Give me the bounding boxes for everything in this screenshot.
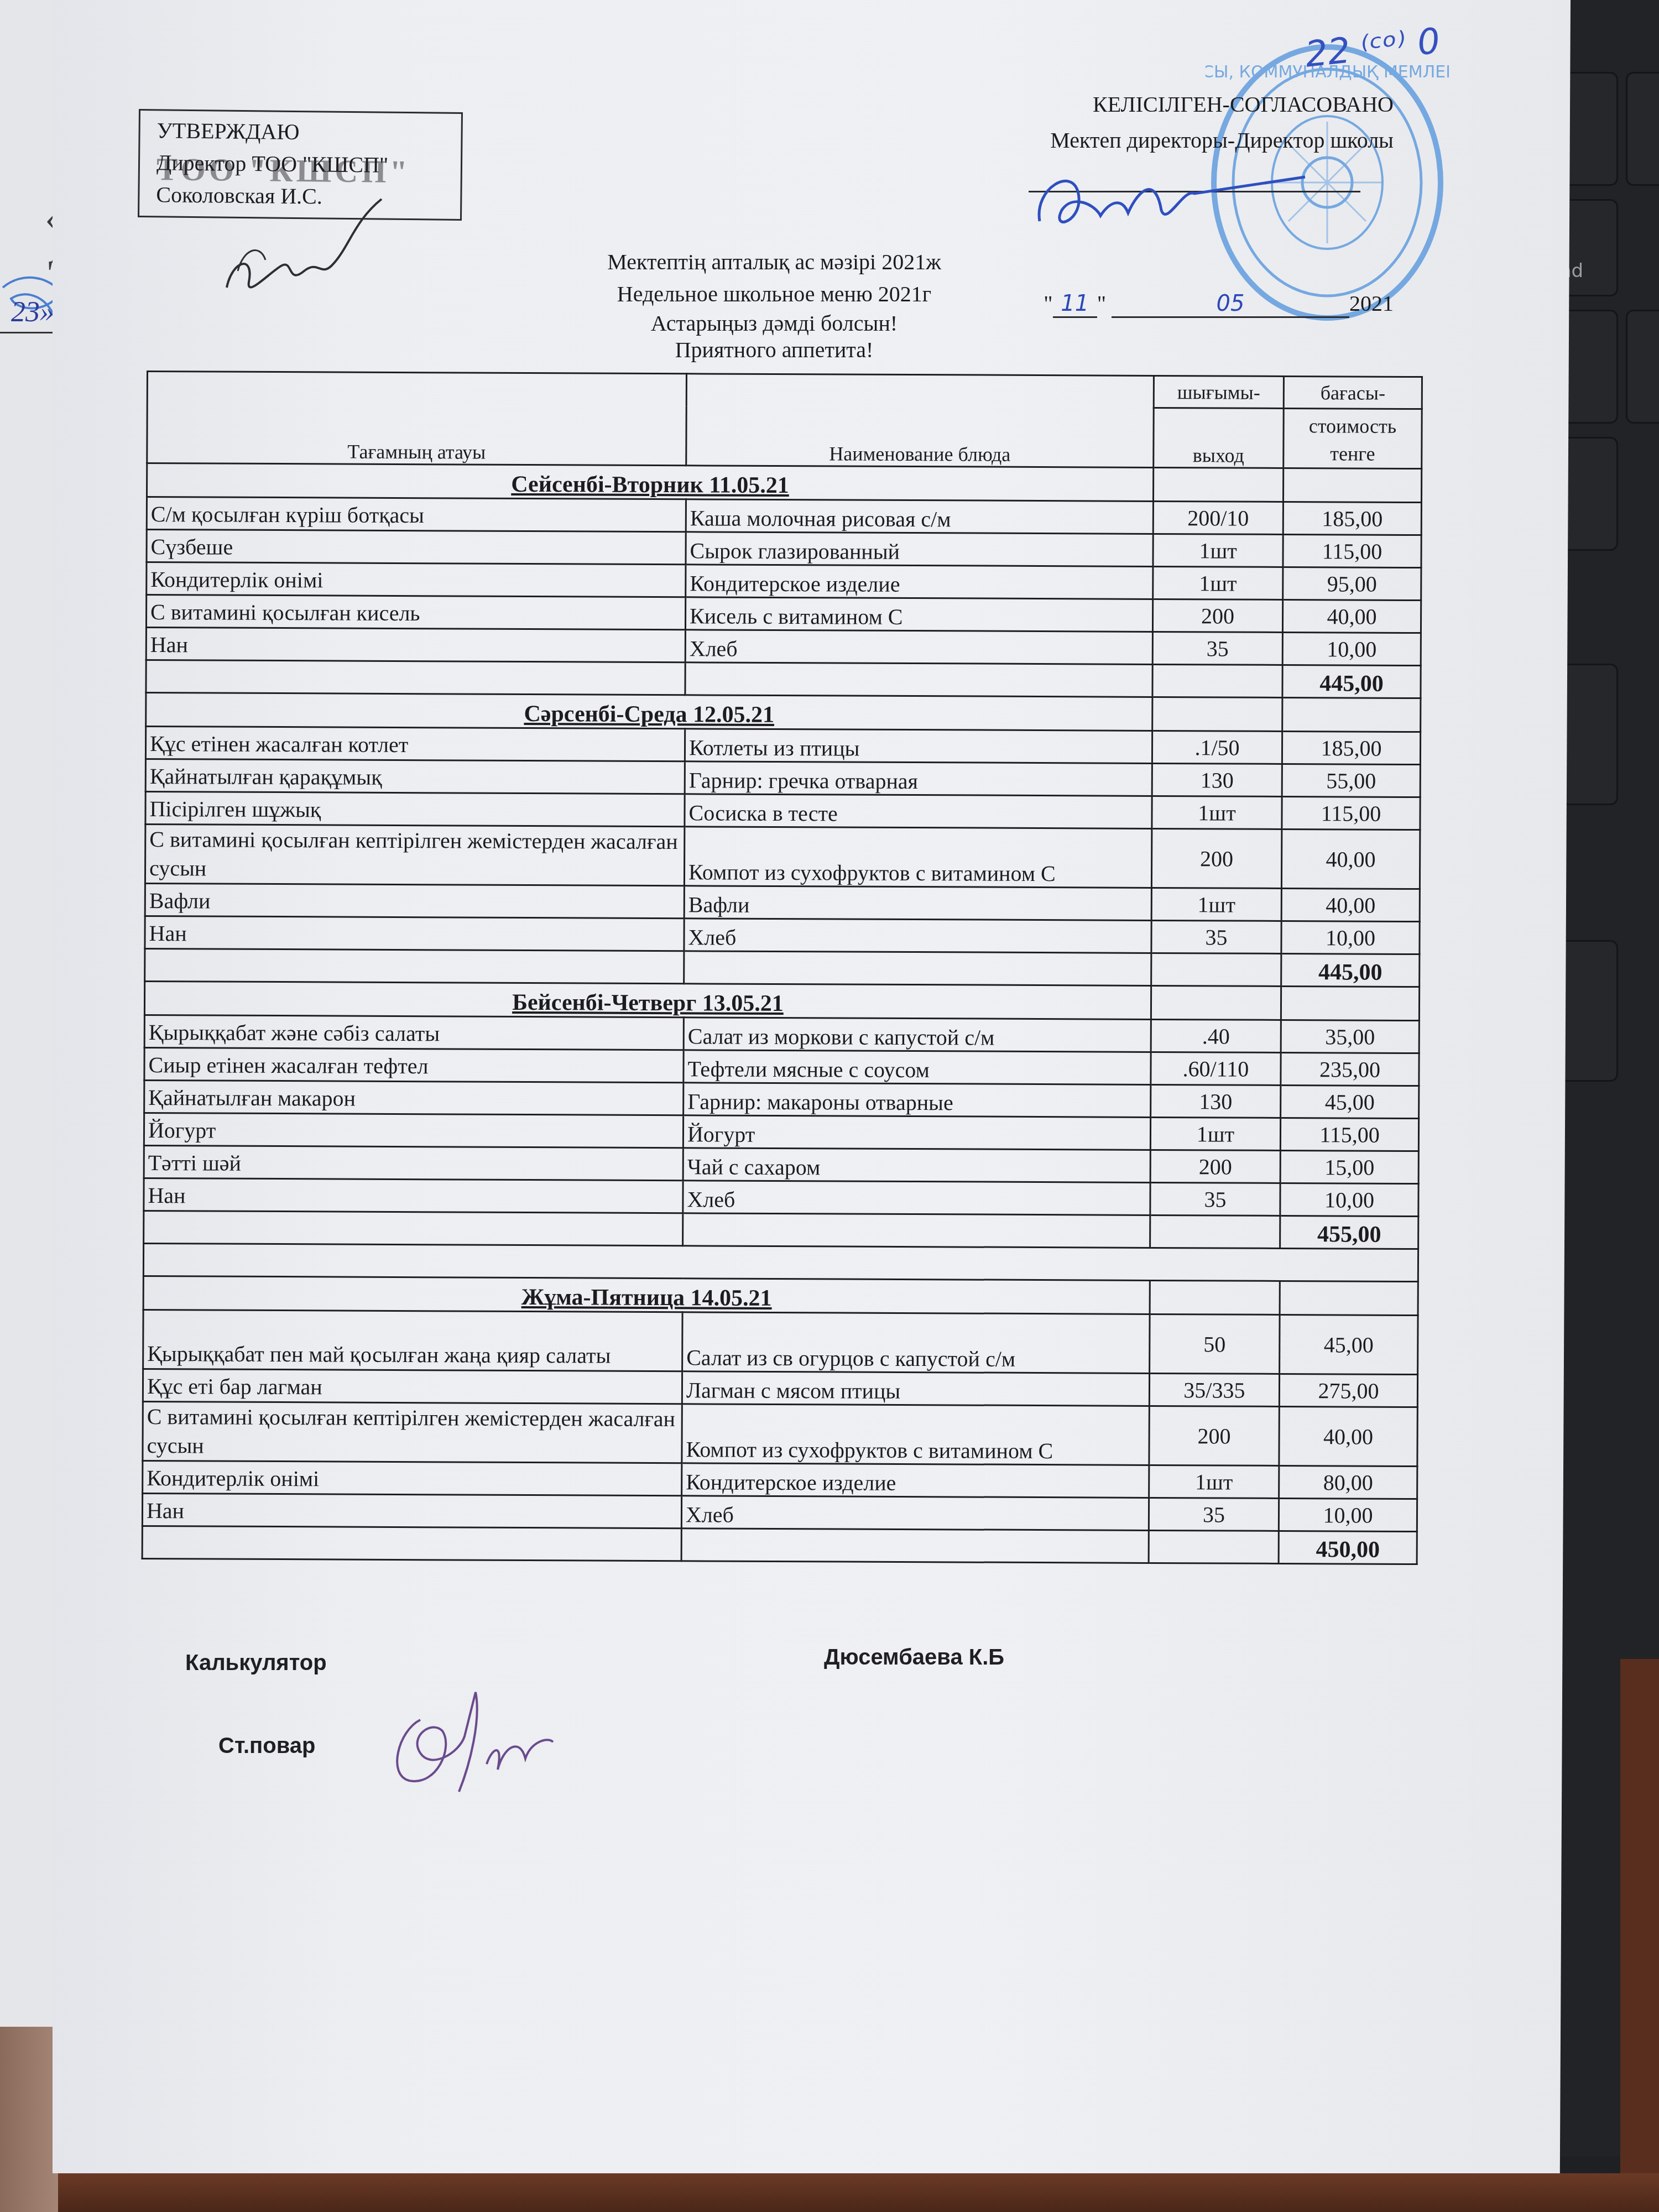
- keyboard-key: [1626, 72, 1659, 186]
- dish-name-kz: Вафли: [145, 883, 684, 918]
- approval-position: Директор ТОО "КШСП": [156, 149, 389, 178]
- dish-name-kz: Нан: [146, 628, 685, 662]
- dish-price: 40,00: [1282, 599, 1421, 633]
- empty-cell: [1280, 1281, 1418, 1315]
- dish-price: 185,00: [1283, 502, 1421, 535]
- underlying-sheet-text: 23»: [11, 296, 54, 328]
- table-row: Сиыр етінен жасалған тефтелТефтели мясны…: [144, 1047, 1419, 1086]
- menu-table: Тағамның атауы Наименование блюда шығымы…: [142, 371, 1423, 1565]
- dish-output: 1шт: [1151, 888, 1281, 921]
- header-output-kz: шығымы-: [1154, 375, 1284, 408]
- approval-title: УТВЕРЖДАЮ: [156, 117, 299, 145]
- dish-price: 10,00: [1282, 632, 1421, 665]
- day-header-row: Жұма-Пятница 14.05.21: [143, 1276, 1418, 1315]
- dish-name-ru: Гарнир: гречка отварная: [685, 761, 1152, 796]
- dish-output: 50: [1150, 1314, 1280, 1374]
- table-row: С витамині қосылған кептірілген жемістер…: [145, 824, 1420, 889]
- table-row: СүзбешеСырок глазированный1шт115,00: [147, 530, 1421, 568]
- dish-name-ru: Компот из сухофруктов с витамином С: [684, 827, 1151, 888]
- dish-name-kz: Қырыққабат пен май қосылған жаңа қияр са…: [143, 1310, 682, 1371]
- header-ru-name: Наименование блюда: [686, 374, 1154, 468]
- empty-cell: [683, 1213, 1150, 1248]
- director-signature: [1029, 155, 1316, 243]
- day-total-row: 445,00: [145, 948, 1420, 987]
- header-output-ru: выход: [1154, 408, 1284, 468]
- dish-name-ru: Хлеб: [684, 919, 1151, 953]
- table-row: Тәтті шәйЧай с сахаром20015,00: [144, 1145, 1418, 1183]
- dish-output: 1шт: [1153, 534, 1283, 567]
- dish-name-kz: Нан: [145, 916, 684, 951]
- table-row: Қырыққабат пен май қосылған жаңа қияр са…: [143, 1310, 1418, 1374]
- day-header-row: Сейсенбі-Вторник 11.05.21: [147, 463, 1422, 503]
- dish-name-kz: Қайнатылған қарақұмық: [145, 759, 685, 794]
- table-row: Құс еті бар лагманЛагман с мясом птицы35…: [143, 1369, 1417, 1407]
- table-row: Қайнатылған макаронГарнир: макароны отва…: [144, 1080, 1419, 1118]
- day-total: 445,00: [1281, 953, 1420, 987]
- dish-name-kz: Қырыққабат және сәбіз салаты: [144, 1015, 684, 1050]
- dish-name-kz: Құс етінен жасалған котлет: [145, 727, 685, 761]
- dish-price: 115,00: [1283, 534, 1421, 567]
- dish-price: 45,00: [1281, 1085, 1419, 1118]
- day-title: Бейсенбі-Четверг 13.05.21: [144, 981, 1151, 1019]
- chef-label: Ст.повар: [218, 1734, 315, 1759]
- date-year: 2021: [1349, 291, 1394, 316]
- day-total: 445,00: [1282, 665, 1421, 698]
- greeting-kz: Астарыңыз дәмді болсын!: [498, 310, 1051, 337]
- title-ru: Недельное школьное меню 2021г: [498, 278, 1051, 310]
- dish-name-kz: С витамині қосылған кисель: [146, 595, 685, 630]
- empty-cell: [1151, 985, 1281, 1020]
- dish-output: .60/110: [1151, 1052, 1281, 1085]
- dish-name-ru: Кондитерское изделие: [686, 565, 1153, 599]
- agreement-role: Мектеп директоры-Директор школы: [995, 127, 1394, 153]
- dish-output: 35: [1151, 920, 1281, 953]
- dish-name-ru: Вафли: [684, 886, 1151, 921]
- dish-output: 200/10: [1153, 501, 1283, 534]
- dish-price: 45,00: [1280, 1314, 1418, 1374]
- dish-name-ru: Салат из св огурцов с капустой с/м: [682, 1312, 1150, 1374]
- dish-name-ru: Йогурт: [683, 1115, 1150, 1150]
- dish-output: 1шт: [1149, 1465, 1279, 1498]
- spacer-row: [143, 1243, 1418, 1281]
- dish-name-kz: С/м қосылған күріш ботқасы: [147, 497, 686, 532]
- dish-name-kz: Сиыр етінен жасалған тефтел: [144, 1047, 684, 1082]
- day-header-row: Бейсенбі-Четверг 13.05.21: [144, 981, 1419, 1020]
- empty-cell: [684, 951, 1151, 986]
- chef-signature: [387, 1687, 619, 1797]
- greeting-ru: Приятного аппетита!: [498, 337, 1051, 363]
- dish-output: 35: [1150, 1182, 1280, 1215]
- dish-price: 10,00: [1279, 1498, 1417, 1531]
- dish-price: 235,00: [1281, 1052, 1419, 1086]
- day-total-row: 455,00: [144, 1211, 1418, 1249]
- dish-name-ru: Хлеб: [681, 1496, 1149, 1531]
- day-header-row: Сәрсенбі-Среда 12.05.21: [146, 693, 1421, 732]
- table-row: Кондитерлік оніміКондитерское изделие1шт…: [143, 1460, 1417, 1499]
- dish-name-kz: Құс еті бар лагман: [143, 1369, 682, 1404]
- dish-output: 35/335: [1149, 1373, 1279, 1406]
- dish-output: .1/50: [1152, 731, 1282, 764]
- dish-price: 115,00: [1280, 1118, 1418, 1151]
- header-price-ru: стоимостьтенге: [1284, 408, 1422, 468]
- day-total-row: 445,00: [146, 660, 1421, 698]
- empty-cell: [143, 1243, 1418, 1281]
- dish-output: 200: [1151, 828, 1281, 888]
- dish-name-ru: Каша молочная рисовая с/м: [686, 499, 1153, 534]
- header-price-kz: бағасы-: [1284, 376, 1422, 409]
- dish-name-ru: Котлеты из птицы: [685, 729, 1152, 764]
- dish-name-ru: Хлеб: [685, 630, 1152, 665]
- dish-price: 115,00: [1282, 796, 1420, 830]
- empty-cell: [146, 660, 685, 695]
- dish-name-kz: Нан: [144, 1178, 683, 1213]
- day-total: 455,00: [1280, 1215, 1418, 1249]
- empty-cell: [1152, 697, 1282, 731]
- dish-output: .40: [1151, 1019, 1281, 1052]
- table-row: ВафлиВафли1шт40,00: [145, 883, 1420, 921]
- table-row: Қырыққабат және сәбіз салатыСалат из мор…: [144, 1015, 1419, 1053]
- table-row: Құс етінен жасалған котлетКотлеты из пти…: [145, 727, 1420, 765]
- dish-name-ru: Компот из сухофруктов с витамином С: [682, 1404, 1149, 1465]
- dish-output: 200: [1152, 599, 1282, 632]
- dish-name-kz: Кондитерлік онімі: [147, 562, 686, 597]
- header-kz-name: Тағамның атауы: [147, 372, 687, 466]
- dish-name-ru: Салат из моркови с капустой с/м: [684, 1018, 1151, 1052]
- dish-name-ru: Хлеб: [683, 1181, 1150, 1215]
- dish-output: 130: [1152, 763, 1282, 796]
- dish-name-kz: Кондитерлік онімі: [143, 1460, 682, 1495]
- keyboard-key: [1626, 310, 1659, 424]
- dish-name-kz: Нан: [142, 1493, 681, 1528]
- dish-name-ru: Тефтели мясные с соусом: [684, 1050, 1151, 1085]
- dish-price: 95,00: [1283, 567, 1421, 600]
- dish-name-ru: Гарнир: макароны отварные: [684, 1083, 1151, 1118]
- table-row: Қайнатылған қарақұмықГарнир: гречка отва…: [145, 759, 1420, 797]
- dish-name-kz: Йогурт: [144, 1113, 683, 1147]
- empty-cell: [681, 1528, 1149, 1563]
- dish-name-ru: Кисель с витамином С: [685, 597, 1152, 632]
- dish-output: 130: [1151, 1084, 1281, 1118]
- dish-name-kz: Қайнатылған макарон: [144, 1080, 684, 1115]
- dish-output: 1шт: [1152, 796, 1282, 829]
- empty-cell: [1150, 1215, 1280, 1248]
- dish-price: 10,00: [1280, 1183, 1418, 1216]
- dish-output: 1шт: [1153, 566, 1283, 599]
- agreement-title: КЕЛІСІЛГЕН-СОГЛАСОВАНО: [995, 91, 1394, 117]
- calculator-name: Дюсембаева К.Б: [824, 1645, 1004, 1670]
- calculator-label: Калькулятор: [185, 1651, 327, 1676]
- dish-price: 185,00: [1282, 731, 1420, 764]
- dish-price: 40,00: [1279, 1406, 1417, 1466]
- empty-cell: [1281, 986, 1419, 1020]
- table-row: НанХлеб3510,00: [146, 628, 1421, 666]
- dish-price: 80,00: [1279, 1465, 1417, 1499]
- dish-name-kz: Пісірілген шұжық: [145, 791, 685, 826]
- dish-name-kz: Сүзбеше: [147, 530, 686, 565]
- title-kz: Мектептің апталық ас мәзірі 2021ж: [498, 246, 1051, 278]
- agreement-block: КЕЛІСІЛГЕН-СОГЛАСОВАНО Мектеп директоры-…: [995, 91, 1394, 153]
- dish-name-ru: Кондитерское изделие: [682, 1463, 1149, 1498]
- empty-cell: [1153, 467, 1283, 502]
- table-header-row: Тағамның атауы Наименование блюда шығымы…: [147, 372, 1422, 409]
- wood-surface: [1620, 1659, 1659, 2212]
- empty-cell: [142, 1526, 681, 1561]
- dish-name-ru: Чай с сахаром: [683, 1148, 1150, 1183]
- day-total-row: 450,00: [142, 1526, 1417, 1564]
- wood-surface: [0, 2027, 58, 2212]
- dish-price: 55,00: [1282, 764, 1420, 797]
- empty-cell: [144, 1211, 683, 1245]
- dish-name-ru: Лагман с мясом птицы: [682, 1371, 1149, 1406]
- table-row: НанХлеб3510,00: [142, 1493, 1417, 1531]
- empty-cell: [1152, 664, 1282, 697]
- menu-titles: Мектептің апталық ас мәзірі 2021ж Недель…: [498, 246, 1051, 363]
- day-title: Сәрсенбі-Среда 12.05.21: [146, 693, 1152, 731]
- dish-price: 40,00: [1281, 888, 1420, 921]
- dish-output: 200: [1149, 1406, 1279, 1465]
- dish-output: 1шт: [1150, 1117, 1280, 1150]
- empty-cell: [145, 948, 684, 983]
- dish-name-ru: Сырок глазированный: [686, 532, 1153, 567]
- dish-price: 15,00: [1280, 1150, 1418, 1183]
- empty-cell: [1150, 1280, 1280, 1314]
- table-row: ЙогуртЙогурт1шт115,00: [144, 1113, 1418, 1151]
- dish-name-kz: С витамині қосылған кептірілген жемістер…: [143, 1401, 682, 1463]
- day-total: 450,00: [1279, 1531, 1417, 1564]
- empty-cell: [1149, 1530, 1279, 1563]
- table-row: С витамині қосылған кептірілген жемістер…: [143, 1401, 1417, 1466]
- dish-name-kz: С витамині қосылған кептірілген жемістер…: [145, 824, 684, 885]
- dish-price: 35,00: [1281, 1020, 1419, 1053]
- dish-price: 275,00: [1279, 1374, 1417, 1407]
- dish-output: 200: [1150, 1150, 1280, 1183]
- wood-surface: [0, 2173, 1659, 2212]
- dish-price: 40,00: [1281, 829, 1420, 889]
- dish-name-ru: Сосиска в тесте: [685, 794, 1152, 829]
- agreement-date: "11" 052021: [1044, 290, 1394, 318]
- empty-cell: [1283, 468, 1421, 502]
- table-row: НанХлеб3510,00: [144, 1178, 1418, 1216]
- empty-cell: [1151, 953, 1281, 986]
- day-title: Жұма-Пятница 14.05.21: [143, 1276, 1150, 1314]
- date-day: 11: [1053, 291, 1097, 318]
- dish-output: 35: [1152, 632, 1282, 665]
- table-row: НанХлеб3510,00: [145, 916, 1420, 954]
- dish-name-kz: Тәтті шәй: [144, 1145, 683, 1180]
- day-title: Сейсенбі-Вторник 11.05.21: [147, 463, 1154, 502]
- table-row: Пісірілген шұжықСосиска в тесте1шт115,00: [145, 791, 1420, 830]
- empty-cell: [1282, 697, 1421, 732]
- dish-price: 10,00: [1281, 921, 1420, 954]
- empty-cell: [685, 662, 1152, 697]
- approver-signature: [216, 188, 404, 315]
- table-row: С витамині қосылған кисельКисель с витам…: [146, 595, 1421, 633]
- table-row: С/м қосылған күріш ботқасыКаша молочная …: [147, 497, 1421, 535]
- dish-output: 35: [1149, 1498, 1279, 1531]
- date-month: 05: [1112, 291, 1349, 318]
- table-row: Кондитерлік оніміКондитерское изделие1шт…: [147, 562, 1421, 601]
